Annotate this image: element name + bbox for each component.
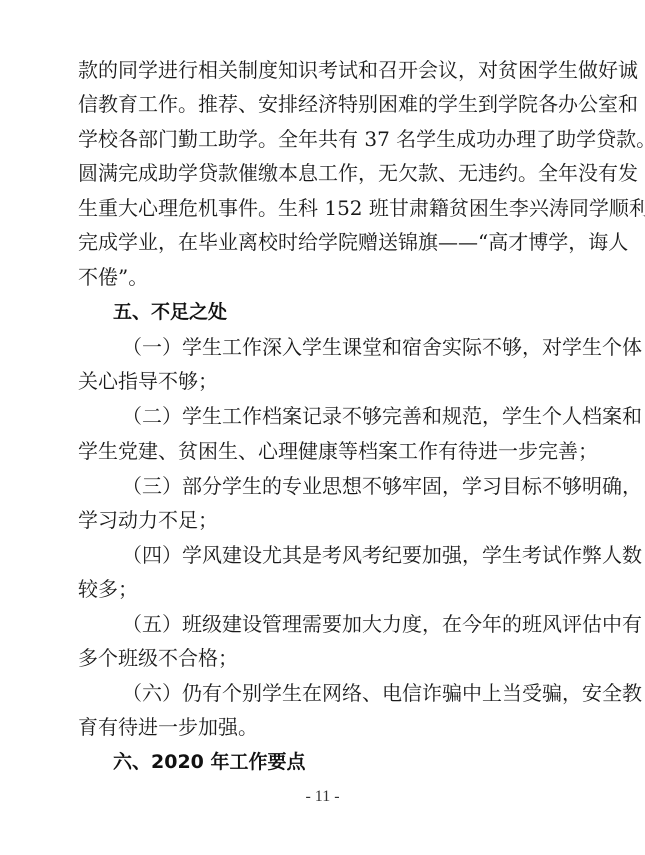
section-heading-shortcomings: 五、不足之处: [113, 295, 227, 329]
text-line: 多个班级不合格；: [78, 641, 574, 675]
text-line: 完成学业，在毕业离校时给学院赠送锦旗——“高才博学，诲人: [78, 225, 574, 259]
text-line: （五）班级建设管理需要加大力度，在今年的班风评估中有: [122, 607, 574, 641]
text-line: （六）仍有个别学生在网络、电信诈骗中上当受骗，安全教: [122, 676, 574, 710]
text-line: （二）学生工作档案记录不够完善和规范，学生个人档案和: [122, 399, 574, 433]
page-number: - 11 -: [0, 788, 645, 806]
text-line: 育有待进一步加强。: [78, 710, 574, 744]
text-line: 学校各部门勤工助学。全年共有 37 名学生成功办理了助学贷款。: [78, 122, 574, 156]
text-line: 较多；: [78, 572, 574, 606]
section-heading-2020-plan: 六、2020 年工作要点: [113, 745, 306, 779]
text-line: 信教育工作。推荐、安排经济特别困难的学生到学院各办公室和: [78, 87, 574, 121]
text-line: 学生党建、贫困生、心理健康等档案工作有待进一步完善；: [78, 434, 574, 468]
text-line: 学习动力不足；: [78, 503, 574, 537]
text-line: （三）部分学生的专业思想不够牢固，学习目标不够明确，: [122, 469, 574, 503]
document-page: 款的同学进行相关制度知识考试和召开会议，对贫困学生做好诚 信教育工作。推荐、安排…: [0, 0, 645, 855]
text-line: 不倦”。: [78, 260, 574, 294]
text-line: （四）学风建设尤其是考风考纪要加强，学生考试作弊人数: [122, 538, 574, 572]
text-line: 生重大心理危机事件。生科 152 班甘肃籍贫困生李兴涛同学顺利: [78, 191, 574, 225]
text-line: 关心指导不够；: [78, 364, 574, 398]
text-line: 款的同学进行相关制度知识考试和召开会议，对贫困学生做好诚: [78, 53, 574, 87]
text-line: 圆满完成助学贷款催缴本息工作，无欠款、无违约。全年没有发: [78, 156, 574, 190]
text-line: （一）学生工作深入学生课堂和宿舍实际不够，对学生个体: [122, 330, 574, 364]
